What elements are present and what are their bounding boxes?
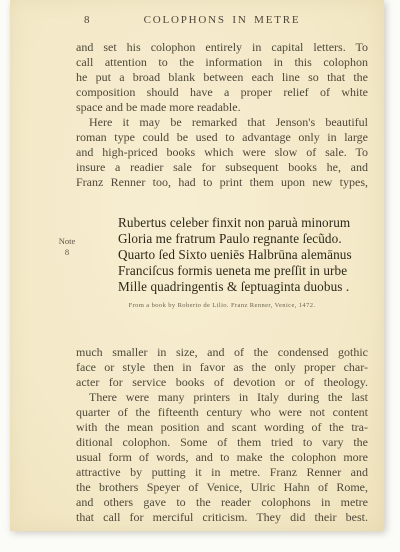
text-line: he put a broad blank between each line s… (76, 70, 368, 85)
text-line: space and be made more readable. (76, 100, 368, 115)
text-line: attractive by putting it in metre. Franz… (76, 465, 368, 480)
text-line: Here it may be remarked that Jenson's be… (76, 115, 368, 130)
paragraph-2: Here it may be remarked that Jenson's be… (76, 115, 368, 190)
specimen-line: Franciſcus formis ueneta me preſſit in u… (118, 263, 356, 279)
text-line: the brothers Speyer of Venice, Ulric Hah… (76, 480, 368, 495)
text-line: acter for service books of devotion or o… (76, 375, 368, 390)
specimen-line: Gloria me fratrum Paulo regnante ſecũdo. (118, 231, 356, 247)
text-line: and others gave to the reader colophons … (76, 495, 368, 510)
specimen-line: Quarto ſed Sixto ueniēs Halbrūna alemānu… (118, 247, 356, 263)
paragraph-1: and set his colophon entirely in capital… (76, 40, 368, 115)
specimen-line: Rubertus celeber finxit non paruà minoru… (118, 215, 356, 231)
page-title: COLOPHONS IN METRE (76, 14, 368, 26)
book-page: 8 COLOPHONS IN METRE Note 8 and set his … (10, 0, 384, 531)
text-column: and set his colophon entirely in capital… (76, 40, 368, 525)
text-line: roman type could be used to advantage on… (76, 130, 368, 145)
text-line: much smaller in size, and of the condens… (76, 345, 368, 360)
specimen-line: Mille quadringentis & ſeptuaginta duobus… (118, 279, 356, 295)
text-line: ditional colophon. Some of them tried to… (76, 435, 368, 450)
paragraph-4: There were many printers in Italy during… (76, 390, 368, 525)
text-line: Franz Renner too, had to print them upon… (76, 175, 368, 190)
text-line: that call for merciful criticism. They d… (76, 510, 368, 525)
text-line: call attention to the information in thi… (76, 55, 368, 70)
paragraph-3: much smaller in size, and of the condens… (76, 345, 368, 390)
text-line: quarter of the fifteenth century who wer… (76, 405, 368, 420)
running-header: 8 COLOPHONS IN METRE (76, 14, 368, 28)
text-line: and set his colophon entirely in capital… (76, 40, 368, 55)
text-line: usual form of words, and to make the col… (76, 450, 368, 465)
text-line: There were many printers in Italy during… (76, 390, 368, 405)
scanned-book-page-canvas: 8 COLOPHONS IN METRE Note 8 and set his … (0, 0, 400, 552)
text-line: face or style then in favor as the only … (76, 360, 368, 375)
type-specimen-quote: Rubertus celeber finxit non paruà minoru… (118, 215, 356, 295)
text-line: and high-priced books which were slow of… (76, 145, 368, 160)
specimen-caption: From a book by Roberto de Lilio. Franz R… (76, 302, 368, 310)
text-line: with the mean position and scant wording… (76, 420, 368, 435)
text-line: composition should have a proper relief … (76, 85, 368, 100)
text-line: insure a readier sale for subsequent boo… (76, 160, 368, 175)
